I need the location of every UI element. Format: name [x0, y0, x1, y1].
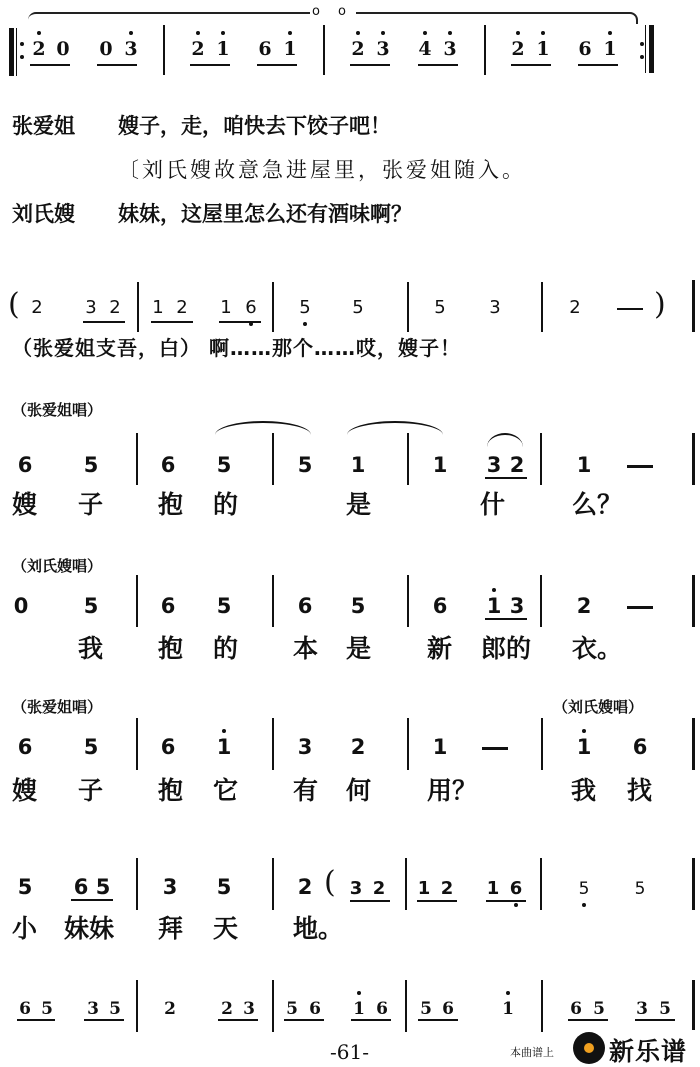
note: 6: [14, 997, 36, 1021]
note: 3: [506, 594, 528, 618]
barline: [692, 718, 695, 770]
lyric: 天: [213, 914, 238, 944]
barline: [692, 980, 695, 1030]
underline: [418, 1019, 458, 1021]
note: 1: [429, 453, 451, 477]
underline: [350, 900, 390, 902]
underline: [84, 1019, 124, 1021]
note: 1: [429, 735, 451, 759]
note: 2: [159, 997, 181, 1021]
speaker-name: 张爱姐: [12, 112, 75, 140]
fermata-mark: o: [312, 4, 320, 19]
note: 3: [483, 453, 505, 477]
underline: [151, 321, 193, 323]
note: 5: [429, 296, 451, 320]
barline: [407, 433, 409, 485]
lyric: 拜: [158, 914, 183, 944]
lyric: 子: [78, 776, 103, 806]
lyric: 是: [346, 634, 371, 664]
barline: [407, 575, 409, 627]
slur: [347, 421, 443, 435]
note: 1: [279, 37, 301, 61]
note: 6: [157, 735, 179, 759]
lyric: 的: [213, 634, 238, 664]
note: 6: [240, 296, 262, 320]
barline: [137, 282, 139, 332]
note: 3: [80, 296, 102, 320]
note: 6: [505, 877, 527, 901]
repeat-dot: [640, 55, 644, 59]
note: 6: [157, 594, 179, 618]
note: 5: [588, 997, 610, 1021]
fermata-mark: o: [338, 4, 346, 19]
volta-bracket: [28, 12, 310, 24]
note: 3: [159, 875, 181, 899]
barline: [136, 718, 138, 770]
barline: [272, 980, 274, 1032]
underline: [17, 1019, 55, 1021]
underline: [635, 1019, 675, 1021]
underline: [418, 64, 458, 66]
lyric: 子: [78, 490, 103, 520]
spoken-line: （张爱姐支吾，白） 啊……那个……哎，嫂子！: [12, 334, 461, 362]
barline: [136, 980, 138, 1032]
note: 2: [28, 37, 50, 61]
note: 5: [104, 997, 126, 1021]
barline: [136, 858, 138, 910]
lyric: 我: [571, 776, 596, 806]
slur: [215, 421, 311, 435]
stage-direction: 〔刘氏嫂故意急进屋里，张爱姐随入。: [118, 156, 526, 184]
repeat-start-bar: [9, 28, 14, 76]
note: 6: [371, 997, 393, 1021]
underline: [97, 64, 137, 66]
note: 5: [347, 594, 369, 618]
barline: [541, 980, 543, 1032]
note: 1: [212, 37, 234, 61]
note: 6: [437, 997, 459, 1021]
underline: [568, 1019, 608, 1021]
lyric: 新: [427, 634, 452, 664]
role-label: （刘氏嫂唱）: [12, 556, 102, 576]
note: 6: [629, 735, 651, 759]
lyric: 何: [346, 776, 371, 806]
note: 1: [213, 735, 235, 759]
note: 2: [104, 296, 126, 320]
lyric: 抱: [158, 634, 183, 664]
lyric: 么？: [572, 490, 622, 520]
sustain-dash: [627, 606, 653, 609]
note: 5: [213, 875, 235, 899]
note: 2: [573, 594, 595, 618]
underline: [485, 477, 527, 479]
note: 2: [347, 735, 369, 759]
note: 1: [413, 877, 435, 901]
barline: [484, 25, 486, 75]
underline: [417, 900, 457, 902]
note: 6: [429, 594, 451, 618]
note: 6: [565, 997, 587, 1021]
lyric: 抱: [158, 776, 183, 806]
repeat-dot: [20, 42, 24, 46]
note: 1: [599, 37, 621, 61]
barline: [540, 858, 542, 910]
note: 1: [573, 453, 595, 477]
barline: [405, 980, 407, 1032]
note: 2: [187, 37, 209, 61]
lyric: 我: [78, 634, 103, 664]
barline: [136, 575, 138, 627]
lyric: 地。: [293, 914, 343, 944]
barline: [272, 858, 274, 910]
note: 5: [36, 997, 58, 1021]
note: 3: [82, 997, 104, 1021]
lyric: 妹妹: [64, 914, 114, 944]
underline: [257, 64, 297, 66]
dialogue-text: 嫂子，走，咱快去下饺子吧！: [118, 112, 391, 140]
sustain-dash: [627, 465, 653, 468]
barline: [692, 858, 695, 910]
note: 6: [14, 735, 36, 759]
repeat-start-bar-thin: [16, 28, 17, 76]
note: 2: [216, 997, 238, 1021]
barline: [407, 718, 409, 770]
note: 6: [70, 875, 92, 899]
barline: [405, 858, 407, 910]
barline: [272, 718, 274, 770]
note: 5: [629, 877, 651, 901]
note: 6: [254, 37, 276, 61]
note: 5: [14, 875, 36, 899]
barline: [540, 433, 542, 485]
note: 5: [654, 997, 676, 1021]
lyric: 的: [213, 490, 238, 520]
barline: [692, 280, 695, 332]
barline: [407, 282, 409, 332]
note: 1: [147, 296, 169, 320]
note: 3: [238, 997, 260, 1021]
note: 1: [347, 453, 369, 477]
note: 5: [281, 997, 303, 1021]
speaker-name: 刘氏嫂: [12, 200, 75, 228]
note: 5: [80, 735, 102, 759]
note: 2: [506, 453, 528, 477]
note: 3: [372, 37, 394, 61]
close-paren: ): [654, 288, 666, 322]
underline: [511, 64, 551, 66]
note: 2: [294, 875, 316, 899]
lyric: 郎的: [481, 634, 531, 664]
slur: [487, 433, 523, 447]
vinyl-disc-icon: [573, 1032, 605, 1064]
note: 2: [564, 296, 586, 320]
underline: [486, 900, 526, 902]
underline: [30, 64, 70, 66]
note: 3: [631, 997, 653, 1021]
note: 2: [26, 296, 48, 320]
lyric: 抱: [158, 490, 183, 520]
volta-bracket: [356, 12, 638, 24]
note: 6: [304, 997, 326, 1021]
barline: [323, 25, 325, 75]
note: 1: [483, 594, 505, 618]
note: 5: [294, 296, 316, 320]
note: 1: [348, 997, 370, 1021]
note: 5: [294, 453, 316, 477]
underline: [485, 618, 527, 620]
note: 0: [95, 37, 117, 61]
note: 6: [294, 594, 316, 618]
note: 2: [436, 877, 458, 901]
underline: [284, 1019, 324, 1021]
note: 6: [574, 37, 596, 61]
barline: [692, 575, 695, 627]
barline: [272, 433, 274, 485]
lyric: 嫂: [12, 776, 37, 806]
note: 2: [347, 37, 369, 61]
underline: [83, 321, 125, 323]
barline: [272, 575, 274, 627]
lyric: 是: [346, 490, 371, 520]
note: 5: [213, 453, 235, 477]
role-label: （张爱姐唱）: [12, 697, 102, 717]
watermark-prefix: 本曲谱上: [510, 1044, 554, 1060]
note: 5: [415, 997, 437, 1021]
barline: [692, 433, 695, 485]
note: 3: [120, 37, 142, 61]
barline: [136, 433, 138, 485]
note: 6: [157, 453, 179, 477]
sustain-dash: [482, 747, 508, 750]
barline: [272, 282, 274, 332]
lyric: 有: [293, 776, 318, 806]
note: 5: [92, 875, 114, 899]
watermark-brand: 新乐谱: [609, 1032, 687, 1067]
lyric: 什: [480, 490, 505, 520]
note: 6: [14, 453, 36, 477]
note: 1: [573, 735, 595, 759]
note: 1: [482, 877, 504, 901]
repeat-dot: [20, 55, 24, 59]
note: 5: [573, 877, 595, 901]
note: 4: [414, 37, 436, 61]
note: 3: [439, 37, 461, 61]
underline: [218, 1019, 258, 1021]
barline: [540, 575, 542, 627]
note: 3: [345, 877, 367, 901]
note: 5: [80, 594, 102, 618]
open-paren: (: [8, 288, 20, 322]
lyric: 小: [12, 914, 37, 944]
note: 0: [10, 594, 32, 618]
role-label: （刘氏嫂唱）: [553, 697, 643, 717]
underline: [219, 321, 261, 323]
underline: [350, 64, 390, 66]
page-number: -61-: [330, 1040, 369, 1064]
dialogue-text: 妹妹，这屋里怎么还有酒味啊？: [118, 200, 412, 228]
repeat-end-bar-thin: [645, 25, 646, 73]
lyric: 用？: [427, 776, 477, 806]
repeat-dot: [640, 42, 644, 46]
role-label: （张爱姐唱）: [12, 400, 102, 420]
lyric: 本: [293, 634, 318, 664]
note: 5: [80, 453, 102, 477]
sustain-dash: [617, 308, 643, 310]
note: 1: [497, 997, 519, 1021]
lyric: 嫂: [12, 490, 37, 520]
lyric: 衣。: [572, 634, 622, 664]
barline: [541, 718, 543, 770]
underline: [71, 899, 113, 901]
note: 2: [507, 37, 529, 61]
underline: [351, 1019, 391, 1021]
note: 2: [368, 877, 390, 901]
lyric: 它: [213, 776, 238, 806]
note: 5: [347, 296, 369, 320]
barline: [163, 25, 165, 75]
barline: [541, 282, 543, 332]
note: 2: [171, 296, 193, 320]
note: 0: [52, 37, 74, 61]
repeat-end-bar: [649, 25, 654, 73]
note: 1: [215, 296, 237, 320]
note: 5: [213, 594, 235, 618]
note: 3: [294, 735, 316, 759]
open-paren: (: [324, 866, 336, 900]
underline: [578, 64, 618, 66]
disc-label: [584, 1043, 594, 1053]
lyric: 找: [627, 776, 652, 806]
underline: [190, 64, 230, 66]
note: 3: [484, 296, 506, 320]
note: 1: [532, 37, 554, 61]
